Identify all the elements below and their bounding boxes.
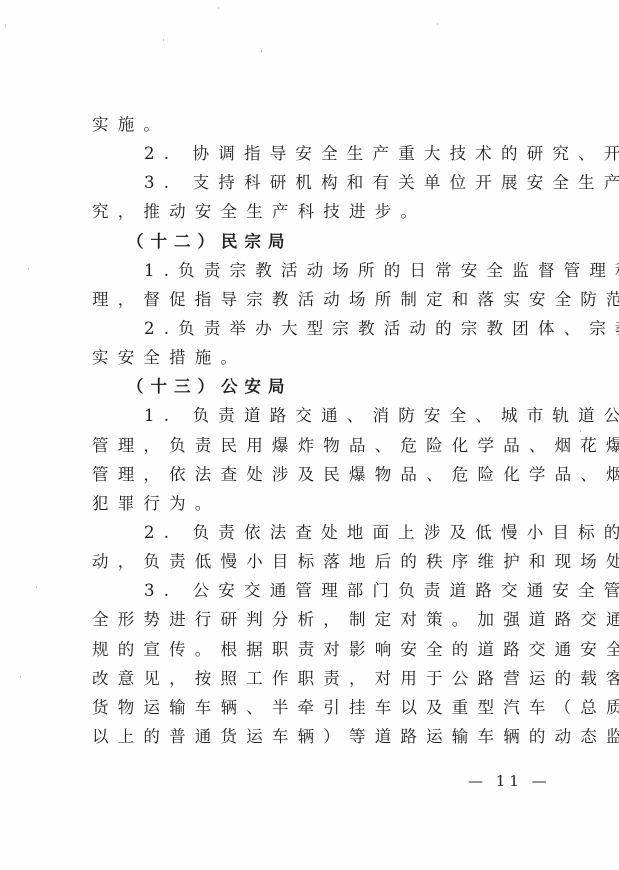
list-item-3-traffic-management: 3. 公安交通管理部门负责道路交通安全管理，对交通安 xyxy=(92,576,536,605)
section-heading-ethnic-religious-bureau: （十二）民宗局 xyxy=(92,227,536,256)
text-line: 理，督促指导宗教活动场所制定和落实安全防范措施。 xyxy=(92,285,536,314)
text-line: 以上的普通货运车辆）等道路运输车辆的动态监控工作实施 xyxy=(92,722,536,751)
scan-speck xyxy=(20,676,21,678)
text-line: 管理，依法查处涉及民爆物品、危险化学品、烟花爆竹违法 xyxy=(92,460,536,489)
page-number: — 11 — xyxy=(468,772,551,790)
text-line: 实安全措施。 xyxy=(92,343,536,372)
text-line: 究，推动安全生产科技进步。 xyxy=(92,197,536,226)
list-item-2-research: 2. 协调指导安全生产重大技术的研究、开发与示范。 xyxy=(92,139,536,168)
document-page: 实施。 2. 协调指导安全生产重大技术的研究、开发与示范。 3. 支持科研机构和… xyxy=(0,0,619,870)
scan-speck xyxy=(437,23,438,25)
text-line: 货物运输车辆、半牵引挂车以及重型汽车（总质量为 12 吨及 xyxy=(92,693,536,722)
scan-speck xyxy=(580,430,581,432)
list-item-1-religious-sites: 1.负责宗教活动场所的日常安全监督管理和隐患排查治 xyxy=(92,256,536,285)
scan-speck xyxy=(583,446,584,448)
text-line: 犯罪行为。 xyxy=(92,489,536,518)
text-line: 全形势进行研判分析，制定对策。加强道路交通安全法律法 xyxy=(92,605,536,634)
list-item-1-traffic-fire: 1. 负责道路交通、消防安全、城市轨道公共安全的监督 xyxy=(92,401,536,430)
list-item-3-research-support: 3. 支持科研机构和有关单位开展安全生产科学技术研 xyxy=(92,168,536,197)
text-line: 管理，负责民用爆炸物品、危险化学品、烟花爆竹公共安全 xyxy=(92,431,536,460)
scan-speck xyxy=(261,50,262,52)
text-line: 改意见，按照工作职责，对用于公路营运的载客汽车、危险 xyxy=(92,664,536,693)
scan-speck xyxy=(163,39,164,41)
scan-speck xyxy=(218,7,219,9)
scan-speck xyxy=(5,25,6,27)
text-line: 实施。 xyxy=(92,110,536,139)
body-text: 实施。 2. 协调指导安全生产重大技术的研究、开发与示范。 3. 支持科研机构和… xyxy=(92,110,536,751)
text-line: 规的宣传。根据职责对影响安全的道路交通安全设施提出整 xyxy=(92,635,536,664)
text-line: 动，负责低慢小目标落地后的秩序维护和现场处置工作。 xyxy=(92,547,536,576)
list-item-2-religious-events: 2.负责举办大型宗教活动的宗教团体、宗教活动场所落 xyxy=(92,314,536,343)
section-heading-public-security-bureau: （十三）公安局 xyxy=(92,372,536,401)
scan-speck xyxy=(36,586,37,588)
scan-speck xyxy=(28,268,29,270)
list-item-2-low-slow-small: 2. 负责依法查处地面上涉及低慢小目标的违法犯罪活 xyxy=(92,518,536,547)
